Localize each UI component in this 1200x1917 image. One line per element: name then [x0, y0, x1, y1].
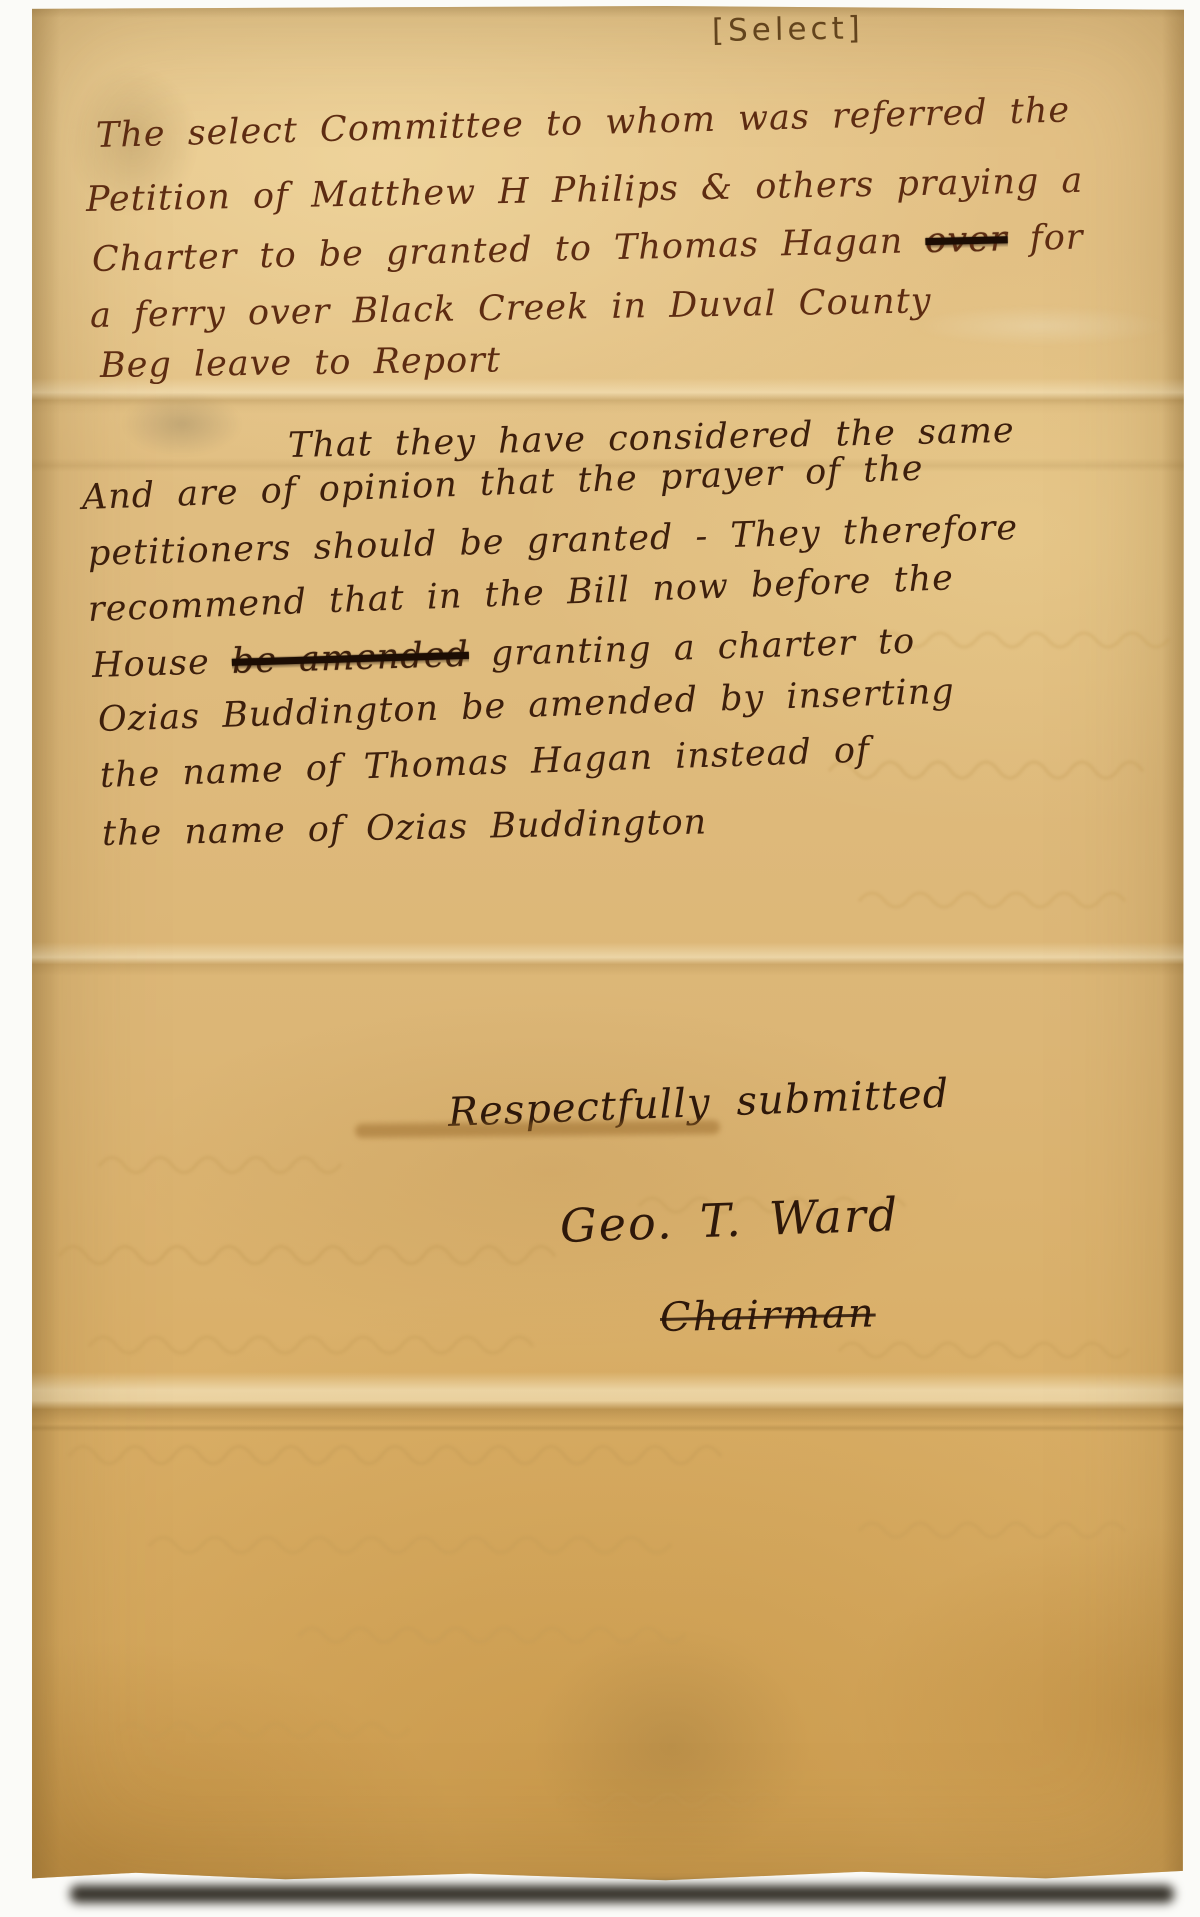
stain	[532, 1626, 812, 1866]
stain	[912, 306, 1172, 346]
paper-vignette	[32, 6, 1184, 1884]
fold-crease	[32, 942, 1184, 976]
stain	[122, 392, 242, 456]
fold-crease	[32, 458, 1184, 472]
paper-edge-shading	[32, 6, 1184, 18]
paper-shadow	[70, 1885, 1174, 1903]
manuscript-paper	[32, 6, 1184, 1884]
paper-edge-shading	[32, 6, 60, 1884]
stain	[68, 66, 198, 216]
paper-edge-shading	[1162, 6, 1184, 1884]
fold-crease	[32, 1424, 1184, 1432]
document-scan: [Select] The select Committee to whom wa…	[0, 0, 1200, 1917]
fold-crease	[32, 1372, 1184, 1424]
fold-crease	[32, 378, 1184, 414]
